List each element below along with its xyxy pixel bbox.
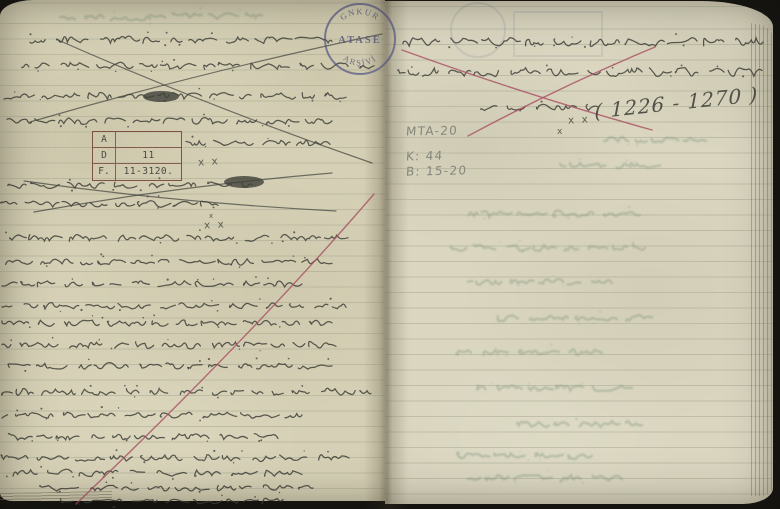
table-cell (116, 132, 181, 147)
notebook-scan: GNKUR ATASE ARŞİVİ ( 1226 - 1270 ) MTA-2… (0, 0, 780, 509)
table-row: F. 11-3120. (93, 163, 181, 179)
archive-ref-document: B: 15-20 (406, 163, 468, 178)
x-mark-right-small: x (557, 127, 564, 137)
table-cell: A (93, 132, 116, 147)
table-row: D 11 (93, 147, 181, 163)
table-cell: 11-3120. (116, 164, 181, 179)
archive-ref-collection: MTA-20 (406, 123, 459, 138)
table-cell: D (93, 148, 116, 163)
archive-ref-folder: K: 44 (406, 149, 444, 164)
x-marks-left-lower: x x (204, 218, 226, 231)
table-row: A (93, 132, 181, 147)
x-mark-left-small: x (209, 212, 215, 220)
reference-table: A D 11 F. 11-3120. (92, 131, 182, 181)
table-cell: 11 (116, 148, 181, 163)
x-marks-right: x x (568, 113, 590, 126)
left-page (0, 0, 385, 501)
ruled-lines-right (385, 1, 773, 504)
table-cell: F. (93, 164, 116, 179)
right-page (385, 1, 773, 504)
ruled-lines-left (0, 0, 385, 501)
x-marks-left-upper: x x (198, 155, 221, 168)
